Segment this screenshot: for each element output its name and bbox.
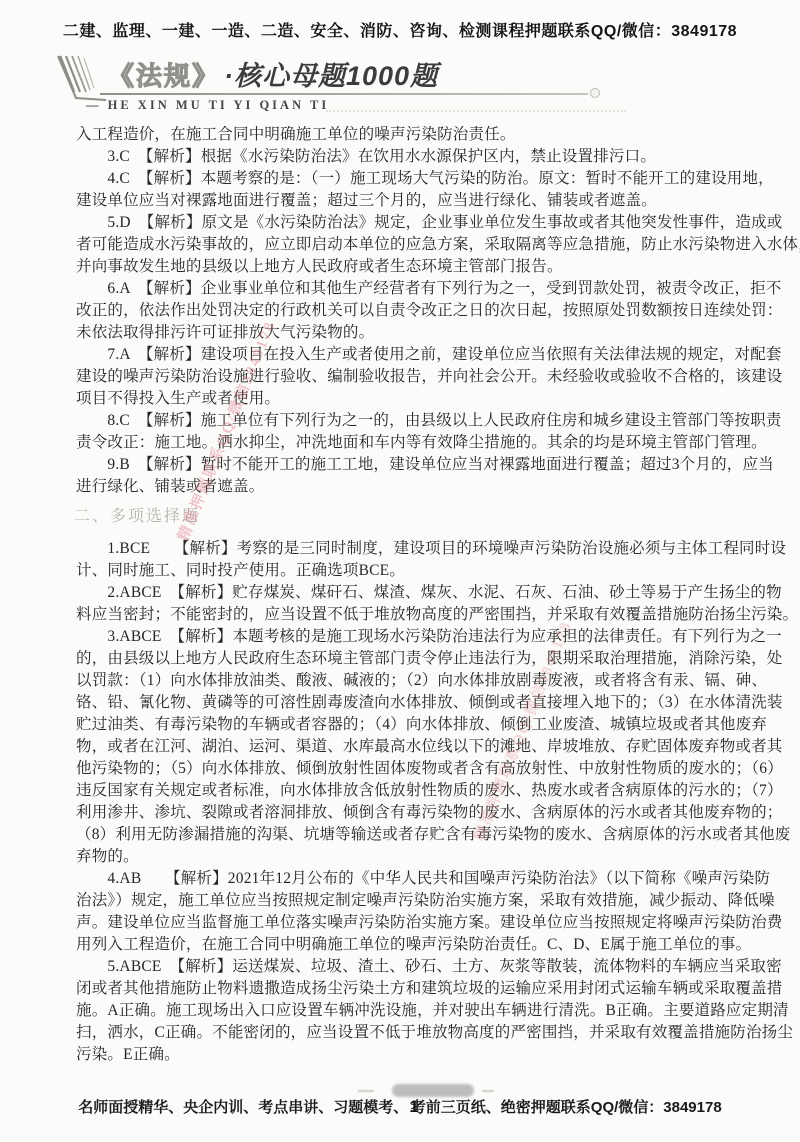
text-line: 3.C 【解析】根据《水污染防治法》在饮用水水源保护区内，禁止设置排污口。: [76, 146, 800, 168]
text-line: 5.D 【解析】原文是《水污染防治法》规定，企业事业单位发生事故或者其他突发性事…: [76, 212, 800, 234]
text-line: 贮过油类、有毒污染物的车辆或者容器的；（4）向水体排放、倾倒工业废渣、城镇垃圾或…: [76, 714, 800, 736]
text-line: （8）利用无防渗漏措施的沟渠、坑塘等输送或者存贮含有毒污染物的废水、含病原体的污…: [76, 824, 800, 846]
booklet-title-main: ·核心母题1000题: [224, 61, 438, 91]
single-choice-answers: 入工程造价，在施工合同中明确施工单位的噪声污染防治责任。 3.C 【解析】根据《…: [76, 124, 800, 498]
text-line: 治法》）规定，施工单位应当按照规定制定噪声污染防治实施方案，采取有效措施，减少振…: [76, 890, 800, 912]
text-line: 改正的，依法作出处罚决定的行政机关可以自责令改正之日的次日起，按照原处罚数额按日…: [76, 300, 800, 322]
text-line: 7.A 【解析】建设项目在投入生产或者使用之前，建设单位应当依照有关法律法规的规…: [76, 344, 800, 366]
text-line: 3.ABCE 【解析】本题考核的是施工现场水污染防治违法行为应承担的法律责任。有…: [76, 626, 800, 648]
text-line: 利用渗井、渗坑、裂隙或者溶洞排放、倾倒含有毒污染物的废水、含病原体的污水或者其他…: [76, 802, 800, 824]
dotted-line: [326, 110, 626, 112]
text-line: 弃物的。: [76, 846, 800, 868]
page-number: 1: [409, 1097, 418, 1117]
multiple-choice-answers: 1.BCE 【解析】考察的是三同时制度，建设项目的环境噪声污染防治设施必须与主体…: [76, 538, 800, 1066]
promo-header: 二建、监理、一建、一造、二造、安全、消防、咨询、检测课程押题联系QQ/微信：38…: [0, 18, 800, 41]
promo-footer: 名师面授精华、央企内训、考点串讲、习题模考、1考前三页纸、绝密押题联系QQ/微信…: [0, 1096, 800, 1117]
text-line: 者可能造成水污染事故的，应立即启动本单位的应急方案，采取隔离等应急措施，防止水污…: [76, 234, 800, 256]
text-line: 以罚款：（1）向水体排放油类、酸液、碱液的；（2）向水体排放剧毒废液，或者将含有…: [76, 670, 800, 692]
text-line: 扫，洒水，C正确。不能密闭的，应当设置不低于堆放物高度的严密围挡，并采取有效覆盖…: [76, 1022, 800, 1044]
text-line: 声。建设单位应当监督施工单位落实噪声污染防治实施方案。建设单位应当按照规定将噪声…: [76, 912, 800, 934]
masthead-divider: [100, 93, 588, 95]
text-line: 5.ABCE 【解析】运送煤炭、垃圾、渣土、砂石、土方、灰浆等散装，流体物料的车…: [76, 956, 800, 978]
text-line: 施。A正确。施工现场出入口应设置车辆冲洗设施，并对驶出车辆进行清洗。B正确。主要…: [76, 1000, 800, 1022]
booklet-pinyin-subtitle: — HE XIN MU TI YI QIAN TI: [86, 98, 329, 113]
answer-key-body: 入工程造价，在施工合同中明确施工单位的噪声污染防治责任。 3.C 【解析】根据《…: [76, 124, 800, 1066]
booklet-title-bracketed: 《法规》: [108, 62, 220, 91]
scanned-document-page: { "header": { "text": "二建、监理、一建、一造、二造、安全…: [0, 0, 800, 1142]
text-line: 闭或者其他措施防止物料遗撒造成扬尘污染土方和建筑垃圾的运输应采用封闭式运输车辆或…: [76, 978, 800, 1000]
text-line: 并向事故发生地的县级以上地方人民政府或者生态环境主管部门报告。: [76, 256, 800, 278]
text-line: 项目不得投入生产或者使用。: [76, 388, 800, 410]
text-line: 建设的噪声污染防治设施进行验收、编制验收报告，并向社会公开。未经验收或验收不合格…: [76, 366, 800, 388]
text-line: 用列入工程造价，在施工合同中明确施工单位的噪声污染防治责任。C、D、E属于施工单…: [76, 934, 800, 956]
text-line: 计、同时施工、同时投产使用。正确选项BCE。: [76, 560, 800, 582]
smudge-dash: [482, 1090, 494, 1092]
text-line: 物，或者在江河、湖泊、运河、渠道、水库最高水位线以下的滩地、岸坡堆放、存贮固体废…: [76, 736, 800, 758]
footer-text-left: 名师面授精华、央企内训、考点串讲、习题模考、: [78, 1099, 408, 1116]
smudge-dash: [358, 1090, 374, 1092]
line-end-circle: [590, 88, 600, 98]
text-line: 2.ABCE 【解析】贮存煤炭、煤矸石、煤渣、煤灰、水泥、石灰、石油、砂土等易于…: [76, 582, 800, 604]
text-line: 4.AB 【解析】2021年12月公布的《中华人民共和国噪声污染防治法》（以下简…: [76, 868, 800, 890]
text-line: 料应当密封；不能密封的，应当设置不低于堆放物高度的严密围挡，并采取有效覆盖措施防…: [76, 604, 800, 626]
text-line: 未依法取得排污许可证排放大气污染物的。: [76, 322, 800, 344]
text-line: 6.A 【解析】企业事业单位和其他生产经营者有下列行为之一，受到罚款处罚，被责令…: [76, 278, 800, 300]
masthead: 《法规》 ·核心母题1000题 — HE XIN MU TI YI QIAN T…: [56, 52, 656, 124]
text-line: 的，由县级以上地方人民政府生态环境主管部门责令停止违法行为，限期采取治理措施，消…: [76, 648, 800, 670]
text-line: 4.C 【解析】本题考察的是：（一）施工现场大气污染的防治。原文：暂时不能开工的…: [76, 168, 800, 190]
text-line: 污染。E正确。: [76, 1044, 800, 1066]
footer-text-right: 考前三页纸、绝密押题联系QQ/微信：3849178: [411, 1099, 722, 1116]
text-line: 责令改正：施工地。洒水抑尘，冲洗地面和车内等有效降尘措施的。其余的均是环境主管部…: [76, 432, 800, 454]
text-line: 9.B 【解析】暂时不能开工的施工工地，建设单位应当对裸露地面进行覆盖；超过3个…: [76, 454, 800, 476]
text-line: 入工程造价，在施工合同中明确施工单位的噪声污染防治责任。: [76, 124, 800, 146]
text-line: 他污染物的；（5）向水体排放、倾倒放射性固体废物或者含有高放射性、中放射性物质的…: [76, 758, 800, 780]
text-line: 8.C 【解析】施工单位有下列行为之一的，由县级以上人民政府住房和城乡建设主管部…: [76, 410, 800, 432]
text-line: 建设单位应当对裸露地面进行覆盖；超过三个月的，应当进行绿化、铺装或者遮盖。: [76, 190, 800, 212]
text-line: 进行绿化、铺装或者遮盖。: [76, 476, 800, 498]
text-line: 铬、铅、氰化物、黄磷等的可溶性剧毒废渣向水体排放、倾倒或者直接埋入地下的；（3）…: [76, 692, 800, 714]
booklet-title: 《法规》 ·核心母题1000题: [108, 54, 438, 93]
text-line: 违反国家有关规定或者标准，向水体排放含低放射性物质的废水、热废水或者含病原体的污…: [76, 780, 800, 802]
